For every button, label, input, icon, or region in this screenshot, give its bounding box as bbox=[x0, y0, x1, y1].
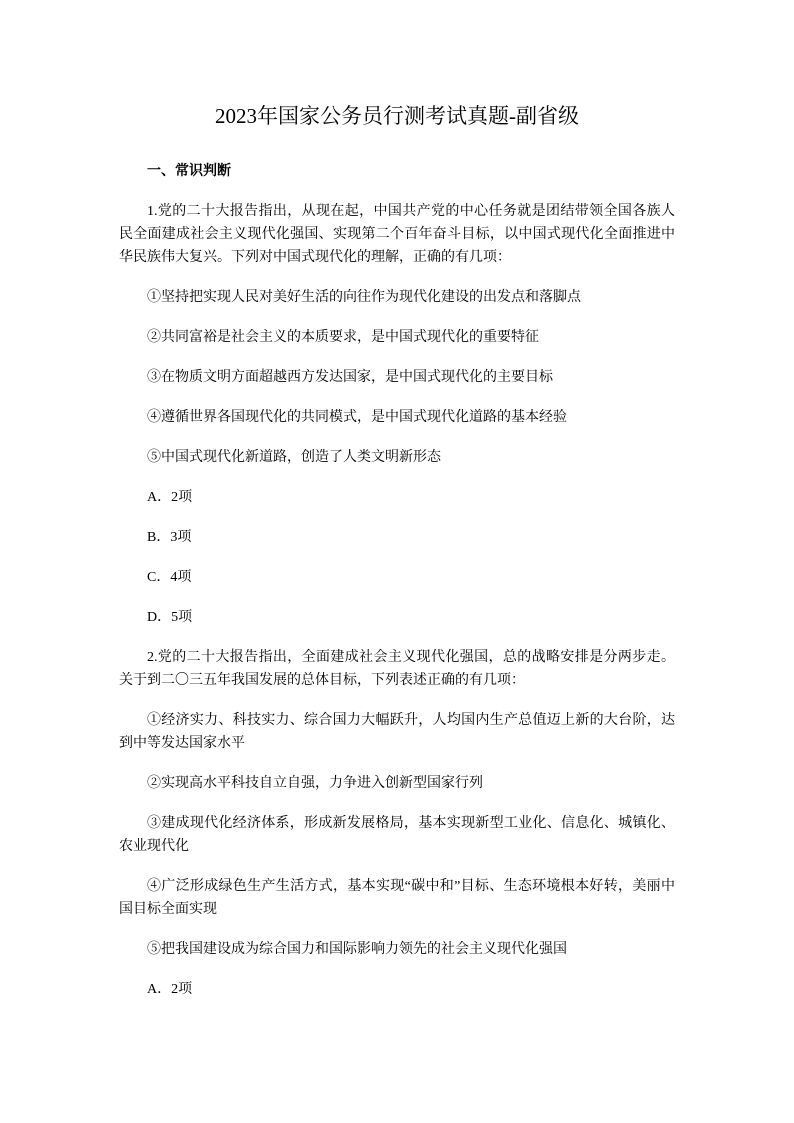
q2-item-2: ②实现高水平科技自立自强，力争进入创新型国家行列 bbox=[119, 772, 675, 795]
q2-item-4: ④广泛形成绿色生产生活方式，基本实现“碳中和”目标、生态环境根本好转，美丽中国目… bbox=[119, 875, 675, 921]
section-heading: 一、常识判断 bbox=[119, 160, 675, 183]
q1-item-1: ①坚持把实现人民对美好生活的向往作为现代化建设的出发点和落脚点 bbox=[119, 286, 675, 309]
q1-option-d: D．5项 bbox=[119, 606, 675, 629]
doc-title: 2023年国家公务员行测考试真题-副省级 bbox=[119, 100, 675, 132]
q1-item-4: ④遵循世界各国现代化的共同模式，是中国式现代化道路的基本经验 bbox=[119, 406, 675, 429]
q1-item-5: ⑤中国式现代化新道路，创造了人类文明新形态 bbox=[119, 446, 675, 469]
q2-item-1: ①经济实力、科技实力、综合国力大幅跃升，人均国内生产总值迈上新的大台阶，达到中等… bbox=[119, 709, 675, 755]
q1-option-a: A．2项 bbox=[119, 486, 675, 509]
q2-item-5: ⑤把我国建设成为综合国力和国际影响力领先的社会主义现代化强国 bbox=[119, 938, 675, 961]
q2-option-a: A．2项 bbox=[119, 978, 675, 1001]
q1-option-c: C．4项 bbox=[119, 566, 675, 589]
q1-option-b: B．3项 bbox=[119, 526, 675, 549]
q1-stem: 1.党的二十大报告指出，从现在起，中国共产党的中心任务就是团结带领全国各族人民全… bbox=[119, 200, 675, 269]
q1-item-2: ②共同富裕是社会主义的本质要求，是中国式现代化的重要特征 bbox=[119, 326, 675, 349]
q2-stem: 2.党的二十大报告指出，全面建成社会主义现代化强国，总的战略安排是分两步走。关于… bbox=[119, 646, 675, 692]
document-page: 2023年国家公务员行测考试真题-副省级 一、常识判断 1.党的二十大报告指出，… bbox=[0, 0, 794, 1123]
q2-item-3: ③建成现代化经济体系，形成新发展格局，基本实现新型工业化、信息化、城镇化、农业现… bbox=[119, 812, 675, 858]
q1-item-3: ③在物质文明方面超越西方发达国家，是中国式现代化的主要目标 bbox=[119, 366, 675, 389]
